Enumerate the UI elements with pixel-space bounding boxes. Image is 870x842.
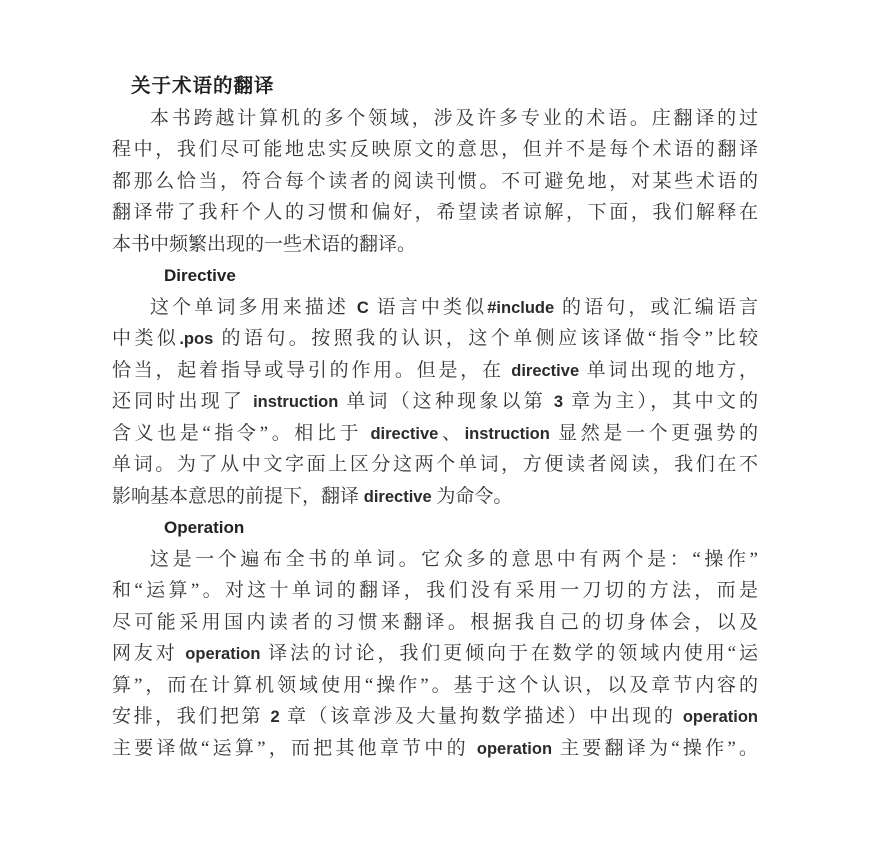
- text-line: 翻译带了我秆个人的习惯和偏好，希望读者谅解，下面，我们解释在: [112, 197, 758, 229]
- text-line: 本书中频繁出现的一些术语的翻译。: [112, 229, 758, 261]
- document-page: 关于术语的翻译本书跨越计算机的多个领域，涉及许多专业的术语。庄翻译的过程中，我们…: [0, 0, 870, 842]
- english-term: 3: [554, 393, 563, 411]
- text-line: 和“运算”。对这十单词的翻译，我们没有采用一刀切的方法，而是: [112, 575, 758, 607]
- text-line: 单词。为了从中文字面上区分这两个单词，方便读者阅读，我们在不: [112, 449, 758, 481]
- text-line: 含义也是“指令”。相比于 directive、instruction 显然是一个…: [112, 418, 758, 450]
- english-term: directive: [370, 425, 438, 443]
- text-line: 主要译做“运算”，而把其他章节中的 operation 主要翻译为“操作”。: [112, 733, 758, 765]
- english-term: Operation: [164, 518, 244, 537]
- text-line: 安排，我们把第 2 章（该章涉及大量拘数学描述）中出现的 operation: [112, 701, 758, 733]
- term-heading: Directive: [112, 260, 758, 292]
- english-term: C: [357, 299, 369, 317]
- english-term: instruction: [465, 425, 550, 443]
- english-term: operation: [477, 740, 552, 758]
- text-line: 还同时出现了 instruction 单词（这种现象以第 3 章为主），其中文的: [112, 386, 758, 418]
- text-line: 本书跨越计算机的多个领域，涉及许多专业的术语。庄翻译的过: [112, 103, 758, 135]
- english-term: Directive: [164, 266, 236, 285]
- english-term: .pos: [179, 330, 213, 348]
- text-line: 这个单词多用来描述 C 语言中类似#include 的语句，或汇编语言: [112, 292, 758, 324]
- english-term: operation: [683, 708, 758, 726]
- text-line: 恰当，起着指导或导引的作用。但是，在 directive 单词出现的地方，: [112, 355, 758, 387]
- text-line: 网友对 operation 译法的讨论，我们更倾向于在数学的领域内使用“运: [112, 638, 758, 670]
- text-line: 都那么恰当，符合每个读者的阅读刊惯。不可避免地，对某些术语的: [112, 166, 758, 198]
- english-term: operation: [185, 645, 260, 663]
- text-block: 关于术语的翻译本书跨越计算机的多个领域，涉及许多专业的术语。庄翻译的过程中，我们…: [112, 71, 758, 764]
- english-term: #include: [487, 299, 554, 317]
- english-term: 2: [270, 708, 279, 726]
- english-term: instruction: [253, 393, 338, 411]
- english-term: directive: [364, 488, 432, 506]
- text-line: 影响基本意思的前提下，翻译 directive 为命令。: [112, 481, 758, 513]
- text-line: 中类似.pos 的语句。按照我的认识，这个单侧应该译做“指令”比较: [112, 323, 758, 355]
- english-term: directive: [511, 362, 579, 380]
- text-line: 尽可能采用国内读者的习惯来翻译。根据我自己的切身体会，以及: [112, 607, 758, 639]
- term-heading: Operation: [112, 512, 758, 544]
- text-line: 程中，我们尽可能地忠实反映原文的意思，但并不是每个术语的翻译: [112, 134, 758, 166]
- text-line: 算”，而在计算机领域使用“操作”。基于这个认识，以及章节内容的: [112, 670, 758, 702]
- text-line: 这是一个遍布全书的单词。它众多的意思中有两个是：“操作”: [112, 544, 758, 576]
- document-title: 关于术语的翻译: [112, 71, 758, 103]
